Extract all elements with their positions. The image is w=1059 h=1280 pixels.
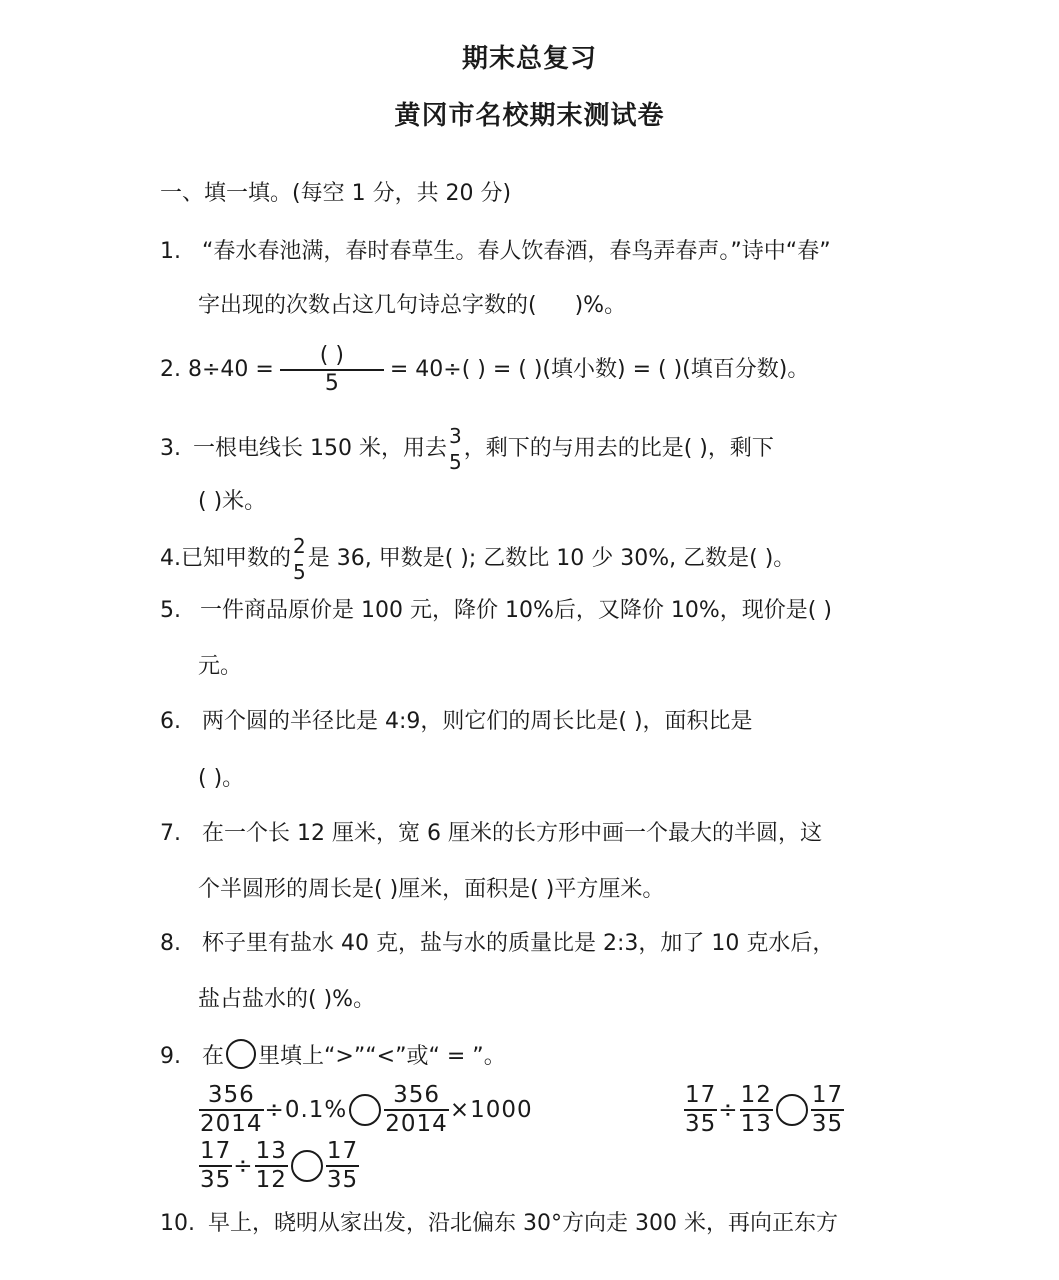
fraction-numerator: 17	[326, 1140, 359, 1163]
question-number: 7.	[160, 821, 181, 846]
question-number: 1.	[160, 239, 181, 264]
question-number: 4.	[160, 545, 181, 573]
question-8: 8. 杯子里有盐水 40 克，盐与水的质量比是 2:3，加了 10 克水后，	[160, 930, 834, 958]
question-number: 5.	[160, 598, 181, 623]
fraction-numerator: 2	[292, 536, 307, 556]
question-text: 在	[202, 1044, 224, 1069]
doc-title: 期末总复习	[0, 38, 1059, 75]
fraction-numerator: 17	[199, 1140, 232, 1163]
question-text: “春水春池满，春时春草生。春人饮春酒，春鸟弄春声。”诗中“春”	[202, 239, 831, 264]
question-text: 早上，晓明从家出发，沿北偏东 30°方向走 300 米，再向正东方	[208, 1211, 838, 1236]
question-text: 两个圆的半径比是 4:9，则它们的周长比是( )，面积比是	[202, 709, 753, 734]
question-1-line2: 字出现的次数占这几句诗总字数的()%。	[198, 292, 626, 320]
question-number: 8.	[160, 931, 181, 956]
operator: ×1000	[450, 1097, 533, 1123]
fraction-denominator: 5	[292, 562, 307, 582]
fraction-numerator: 3	[448, 426, 463, 446]
fraction-denominator: 2014	[384, 1113, 449, 1136]
fraction: 356 2014	[384, 1084, 449, 1136]
circle-icon	[226, 1039, 256, 1069]
question-text: ，剩下的与用去的比是( )，剩下	[464, 435, 774, 463]
fraction-denominator: 35	[811, 1113, 844, 1136]
question-9: 9. 在里填上“>”“<”或“ = ”。	[160, 1043, 506, 1071]
operator: ÷	[718, 1097, 738, 1123]
question-text: 杯子里有盐水 40 克，盐与水的质量比是 2:3，加了 10 克水后，	[202, 931, 834, 956]
fraction: 12 13	[740, 1084, 773, 1136]
question-7: 7. 在一个长 12 厘米，宽 6 厘米的长方形中画一个最大的半圆，这	[160, 820, 822, 848]
operator: ÷0.1%	[265, 1097, 348, 1123]
fraction: 17 35	[199, 1140, 232, 1192]
question-number: 6.	[160, 709, 181, 734]
question-3-line2: ( )米。	[198, 488, 266, 516]
fraction-denominator: 35	[684, 1113, 717, 1136]
fraction-denominator: 35	[199, 1169, 232, 1192]
question-text: 在一个长 12 厘米，宽 6 厘米的长方形中画一个最大的半圆，这	[202, 821, 822, 846]
question-text: 字出现的次数占这几句诗总字数的(	[198, 293, 537, 318]
comparison-1: 356 2014 ÷0.1% 356 2014 ×1000	[198, 1084, 533, 1136]
fraction: ( ) 5	[280, 345, 384, 395]
question-6-line2: ( )。	[198, 765, 244, 793]
question-text: 是 36, 甲数是( ); 乙数比 10 少 30%, 乙数是( )。	[308, 545, 796, 573]
fraction-numerator: 356	[207, 1084, 256, 1107]
question-text: = 40÷( ) = ( )(填小数) = ( )(填百分数)。	[390, 356, 810, 384]
question-text: 一根电线长 150 米，用去	[193, 435, 447, 463]
fraction-numerator: 17	[811, 1084, 844, 1107]
fraction-numerator: 356	[392, 1084, 441, 1107]
section-heading: 一、填一填。(每空 1 分，共 20 分)	[160, 180, 511, 208]
question-3: 3. 一根电线长 150 米，用去 3 5 ，剩下的与用去的比是( )，剩下	[160, 426, 774, 472]
comparison-circle[interactable]	[291, 1150, 323, 1182]
question-text: 2. 8÷40 =	[160, 356, 274, 384]
question-10: 10. 早上，晓明从家出发，沿北偏东 30°方向走 300 米，再向正东方	[160, 1210, 838, 1238]
question-text: 一件商品原价是 100 元，降价 10%后，又降价 10%，现价是( )	[200, 598, 832, 623]
question-text: 已知甲数的	[181, 545, 291, 573]
question-text: 里填上“>”“<”或“ = ”。	[258, 1044, 506, 1069]
fraction-denominator: 2014	[199, 1113, 264, 1136]
fraction: 17 35	[684, 1084, 717, 1136]
question-2: 2. 8÷40 = ( ) 5 = 40÷( ) = ( )(填小数) = ( …	[160, 345, 809, 395]
question-5-line2: 元。	[198, 653, 242, 681]
fraction: 2 5	[292, 536, 307, 582]
fraction: 17 35	[811, 1084, 844, 1136]
fraction-denominator: 13	[740, 1113, 773, 1136]
question-8-line2: 盐占盐水的( )%。	[198, 986, 375, 1014]
fraction-numerator: 13	[255, 1140, 288, 1163]
fraction-denominator: 12	[255, 1169, 288, 1192]
question-7-line2: 个半圆形的周长是( )厘米，面积是( )平方厘米。	[198, 876, 664, 904]
fraction: 356 2014	[199, 1084, 264, 1136]
fraction-numerator: 17	[684, 1084, 717, 1107]
operator: ÷	[233, 1153, 253, 1179]
fraction-numerator: 12	[740, 1084, 773, 1107]
question-number: 9.	[160, 1044, 181, 1069]
comparison-circle[interactable]	[349, 1094, 381, 1126]
question-text: )%。	[575, 293, 627, 318]
fraction-denominator: 5	[324, 373, 340, 395]
question-number: 3.	[160, 435, 181, 463]
question-1: 1. “春水春池满，春时春草生。春人饮春酒，春鸟弄春声。”诗中“春”	[160, 238, 831, 266]
fraction: 17 35	[326, 1140, 359, 1192]
doc-subtitle: 黄冈市名校期末测试卷	[0, 95, 1059, 132]
fraction: 3 5	[448, 426, 463, 472]
fraction-denominator: 5	[448, 452, 463, 472]
question-number: 10.	[160, 1211, 195, 1236]
question-6: 6. 两个圆的半径比是 4:9，则它们的周长比是( )，面积比是	[160, 708, 753, 736]
fraction: 13 12	[255, 1140, 288, 1192]
comparison-circle[interactable]	[776, 1094, 808, 1126]
comparison-2: 17 35 ÷ 12 13 17 35	[683, 1084, 845, 1136]
question-5: 5. 一件商品原价是 100 元，降价 10%后，又降价 10%，现价是( )	[160, 597, 832, 625]
comparison-3: 17 35 ÷ 13 12 17 35	[198, 1140, 360, 1192]
question-4: 4. 已知甲数的 2 5 是 36, 甲数是( ); 乙数比 10 少 30%,…	[160, 536, 795, 582]
fraction-denominator: 35	[326, 1169, 359, 1192]
fraction-numerator[interactable]: ( )	[319, 345, 345, 367]
